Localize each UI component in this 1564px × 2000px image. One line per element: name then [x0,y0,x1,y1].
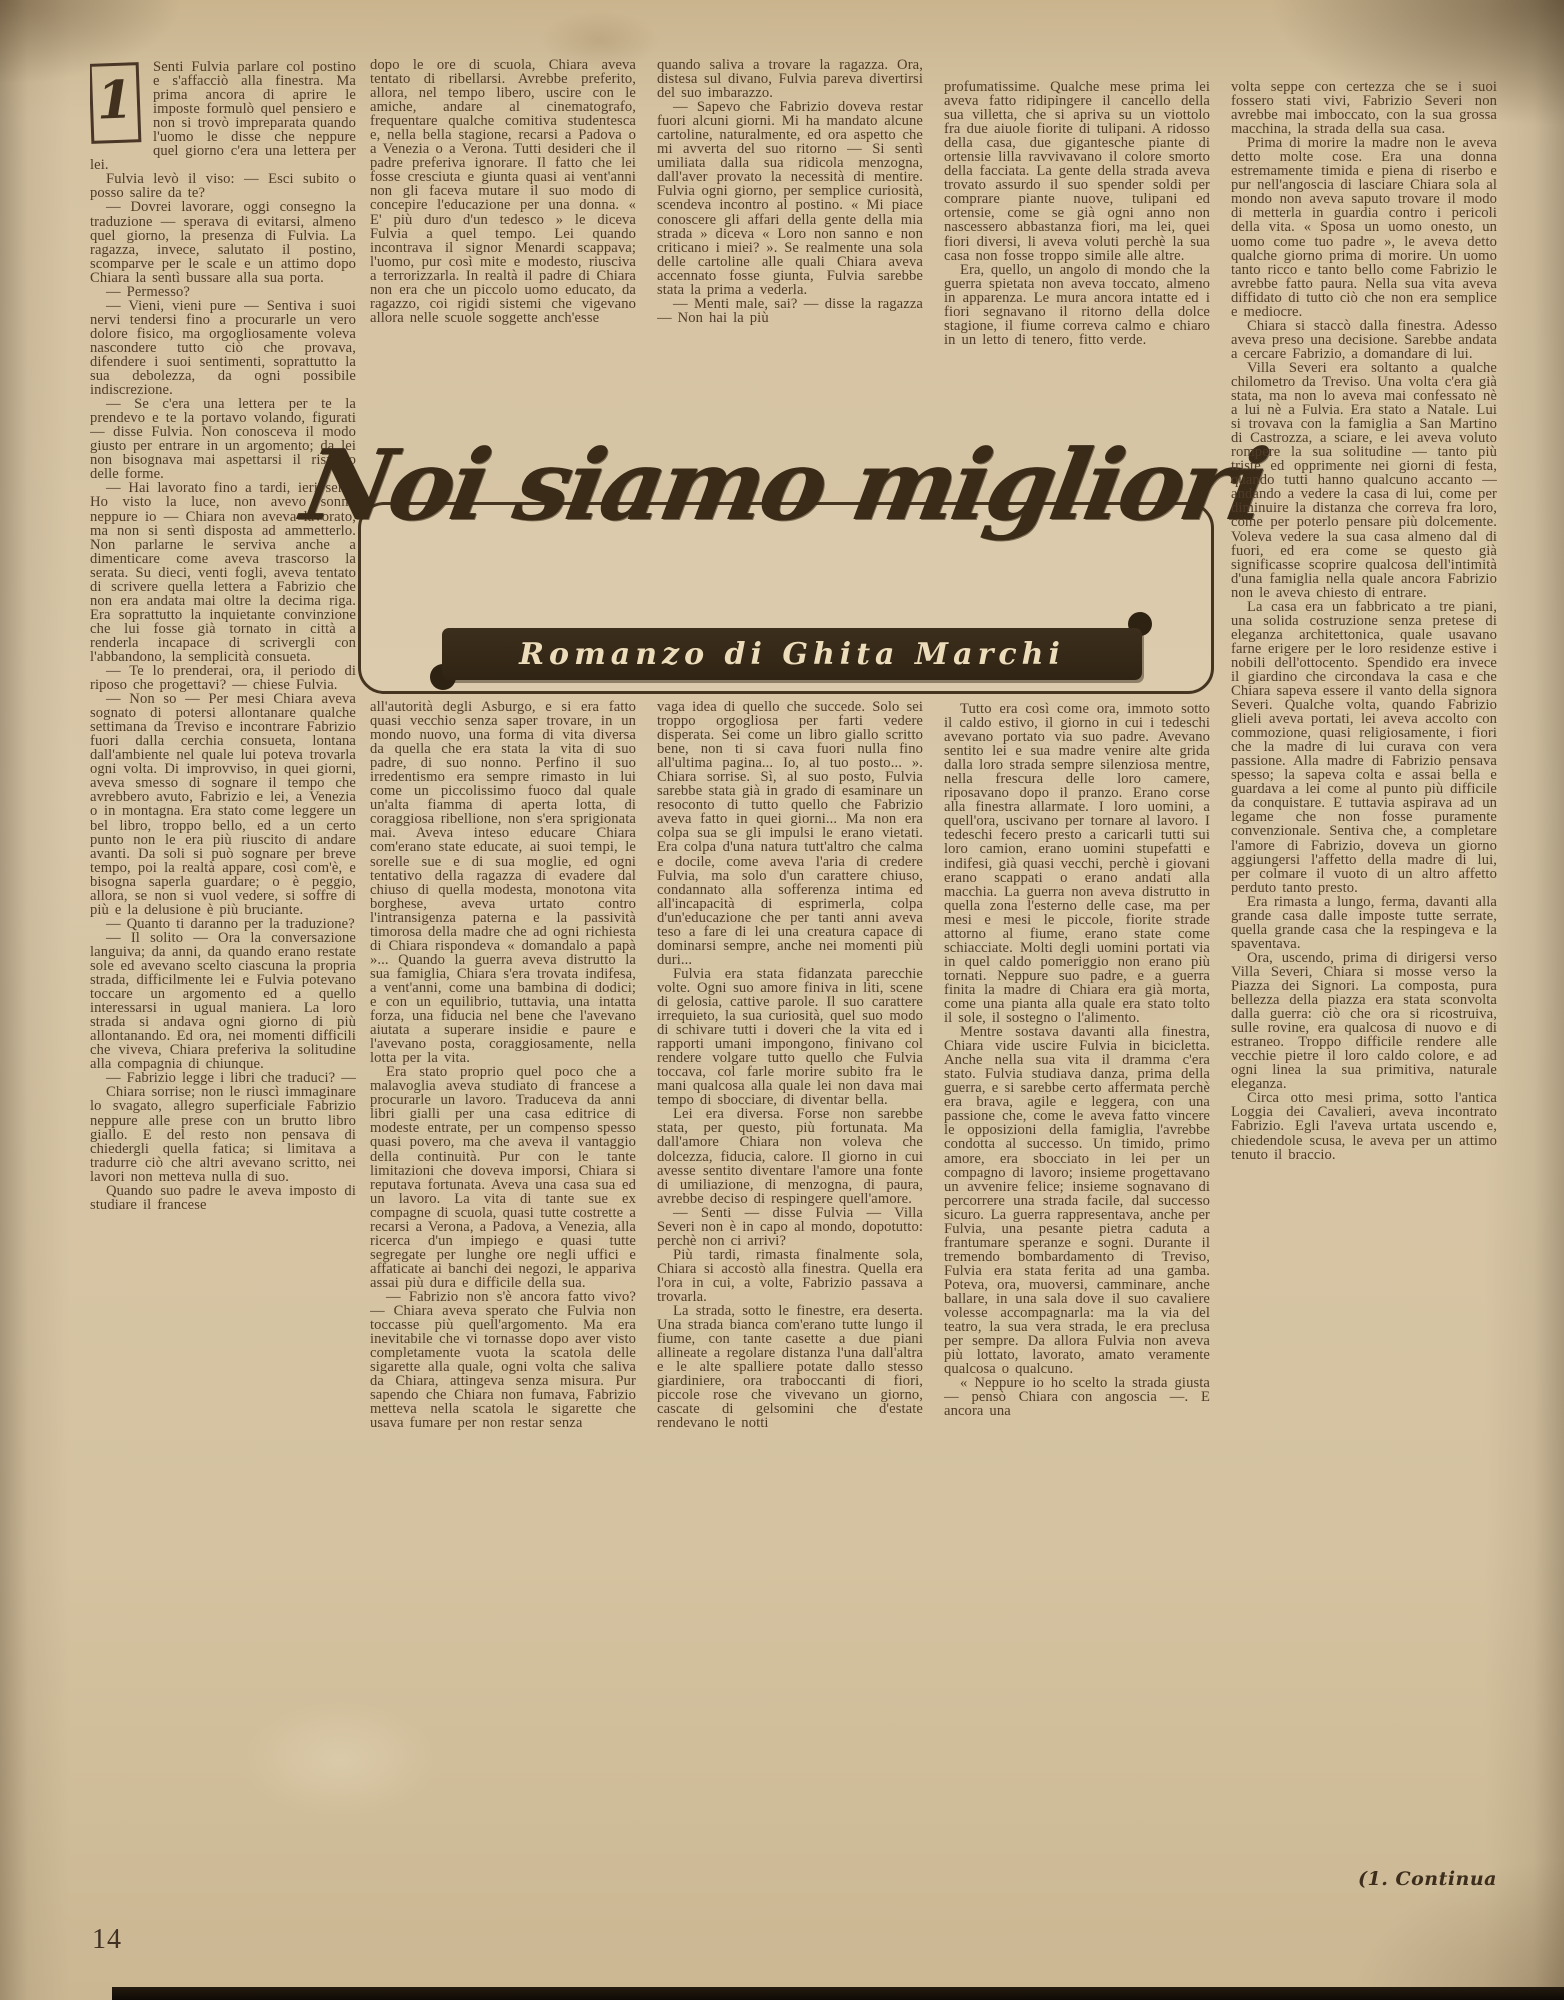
paragraph: Mentre sostava davanti alla finestra, Ch… [944,1025,1210,1376]
paragraph: — Fabrizio legge i libri che traduci? — [90,1071,356,1085]
paragraph: profumatissime. Qualche mese prima lei a… [944,80,1210,263]
paragraph: — Il solito — Ora la conversazione langu… [90,931,356,1071]
paragraph: — Senti — disse Fulvia — Villa Severi no… [657,1206,923,1248]
paragraph: — Sapevo che Fabrizio doveva restar fuor… [657,100,923,297]
paragraph: Fulvia era stata fidanzata parecchie vol… [657,967,923,1107]
paragraph: volta seppe con certezza che se i suoi f… [1231,80,1497,136]
paragraph: « Neppure io ho scelto la strada giusta … [944,1376,1210,1418]
paragraph: Fulvia levò il viso: — Esci subito o pos… [90,172,356,200]
paragraph: Chiara sorrise; non le riuscì immaginare… [90,1085,356,1183]
paragraph: Era, quello, un angolo di mondo che la g… [944,263,1210,347]
text-column-3-bottom: vaga idea di quello che succede. Solo se… [657,700,923,1912]
chapter-number-box: 1 [90,62,141,144]
page-number: 14 [92,1924,122,1956]
paragraph: — Dovrei lavorare, oggi consegno la trad… [90,200,356,284]
title-ribbon: Romanzo di Ghita Marchi [442,628,1142,680]
paragraph: dopo le ore di scuola, Chiara aveva tent… [370,58,636,325]
paragraph: — Non so — Per mesi Chiara aveva sognato… [90,692,356,917]
chapter-number: 1 [97,93,134,108]
paragraph: Prima di morire la madre non le aveva de… [1231,136,1497,319]
paragraph: quando saliva a trovare la ragazza. Ora,… [657,58,923,100]
paragraph: Lei era diversa. Forse non sarebbe stata… [657,1107,923,1205]
paragraph: — Quanto ti daranno per la traduzione? [90,917,356,931]
text-column-5: volta seppe con certezza che se i suoi f… [1231,80,1497,1880]
paragraph: Più tardi, rimasta finalmente sola, Chia… [657,1248,923,1304]
paragraph: Villa Severi era soltanto a qualche chil… [1231,361,1497,600]
paragraph: La strada, sotto le finestre, era desert… [657,1304,923,1430]
paragraph: vaga idea di quello che succede. Solo se… [657,700,923,967]
text-column-4-bottom: Tutto era così come ora, immoto sotto il… [944,702,1210,1912]
paragraph: Chiara si staccò dalla finestra. Adesso … [1231,319,1497,361]
text-column-1: 1 Senti Fulvia parlare col postino e s'a… [90,60,356,1915]
text-column-2-bottom: all'autorità degli Asburgo, e si era fat… [370,700,636,1912]
paragraph: — Te lo prenderai, ora, il periodo di ri… [90,664,356,692]
text-column-2-top: dopo le ore di scuola, Chiara aveva tent… [370,58,636,406]
paragraph: all'autorità degli Asburgo, e si era fat… [370,700,636,1065]
to-be-continued-note: (1. Continua [1231,1868,1497,1890]
novel-subtitle: Romanzo di Ghita Marchi [519,637,1065,672]
text-column-3-top: quando saliva a trovare la ragazza. Ora,… [657,58,923,406]
scan-edge-bar [112,1987,1564,2000]
paragraph: — Permesso? [90,285,356,299]
paragraph: Quando suo padre le aveva imposto di stu… [90,1184,356,1212]
paragraph: Tutto era così come ora, immoto sotto il… [944,702,1210,1025]
paragraph: Ora, uscendo, prima di dirigersi verso V… [1231,951,1497,1091]
paragraph: — Fabrizio non s'è ancora fatto vivo? — … [370,1290,636,1430]
paragraph: La casa era un fabbricato a tre piani, u… [1231,600,1497,895]
novel-title: Noi siamo migliori [277,428,1214,638]
paragraph: Era rimasta a lungo, ferma, davanti alla… [1231,895,1497,951]
paragraph: Circa otto mesi prima, sotto l'antica Lo… [1231,1091,1497,1161]
paragraph: — Menti male, sai? — disse la ragazza — … [657,297,923,325]
magazine-page: 1 Senti Fulvia parlare col postino e s'a… [0,0,1564,2000]
paragraph: Era stato proprio quel poco che a malavo… [370,1065,636,1290]
paragraph: — Vieni, vieni pure — Sentiva i suoi ner… [90,299,356,397]
